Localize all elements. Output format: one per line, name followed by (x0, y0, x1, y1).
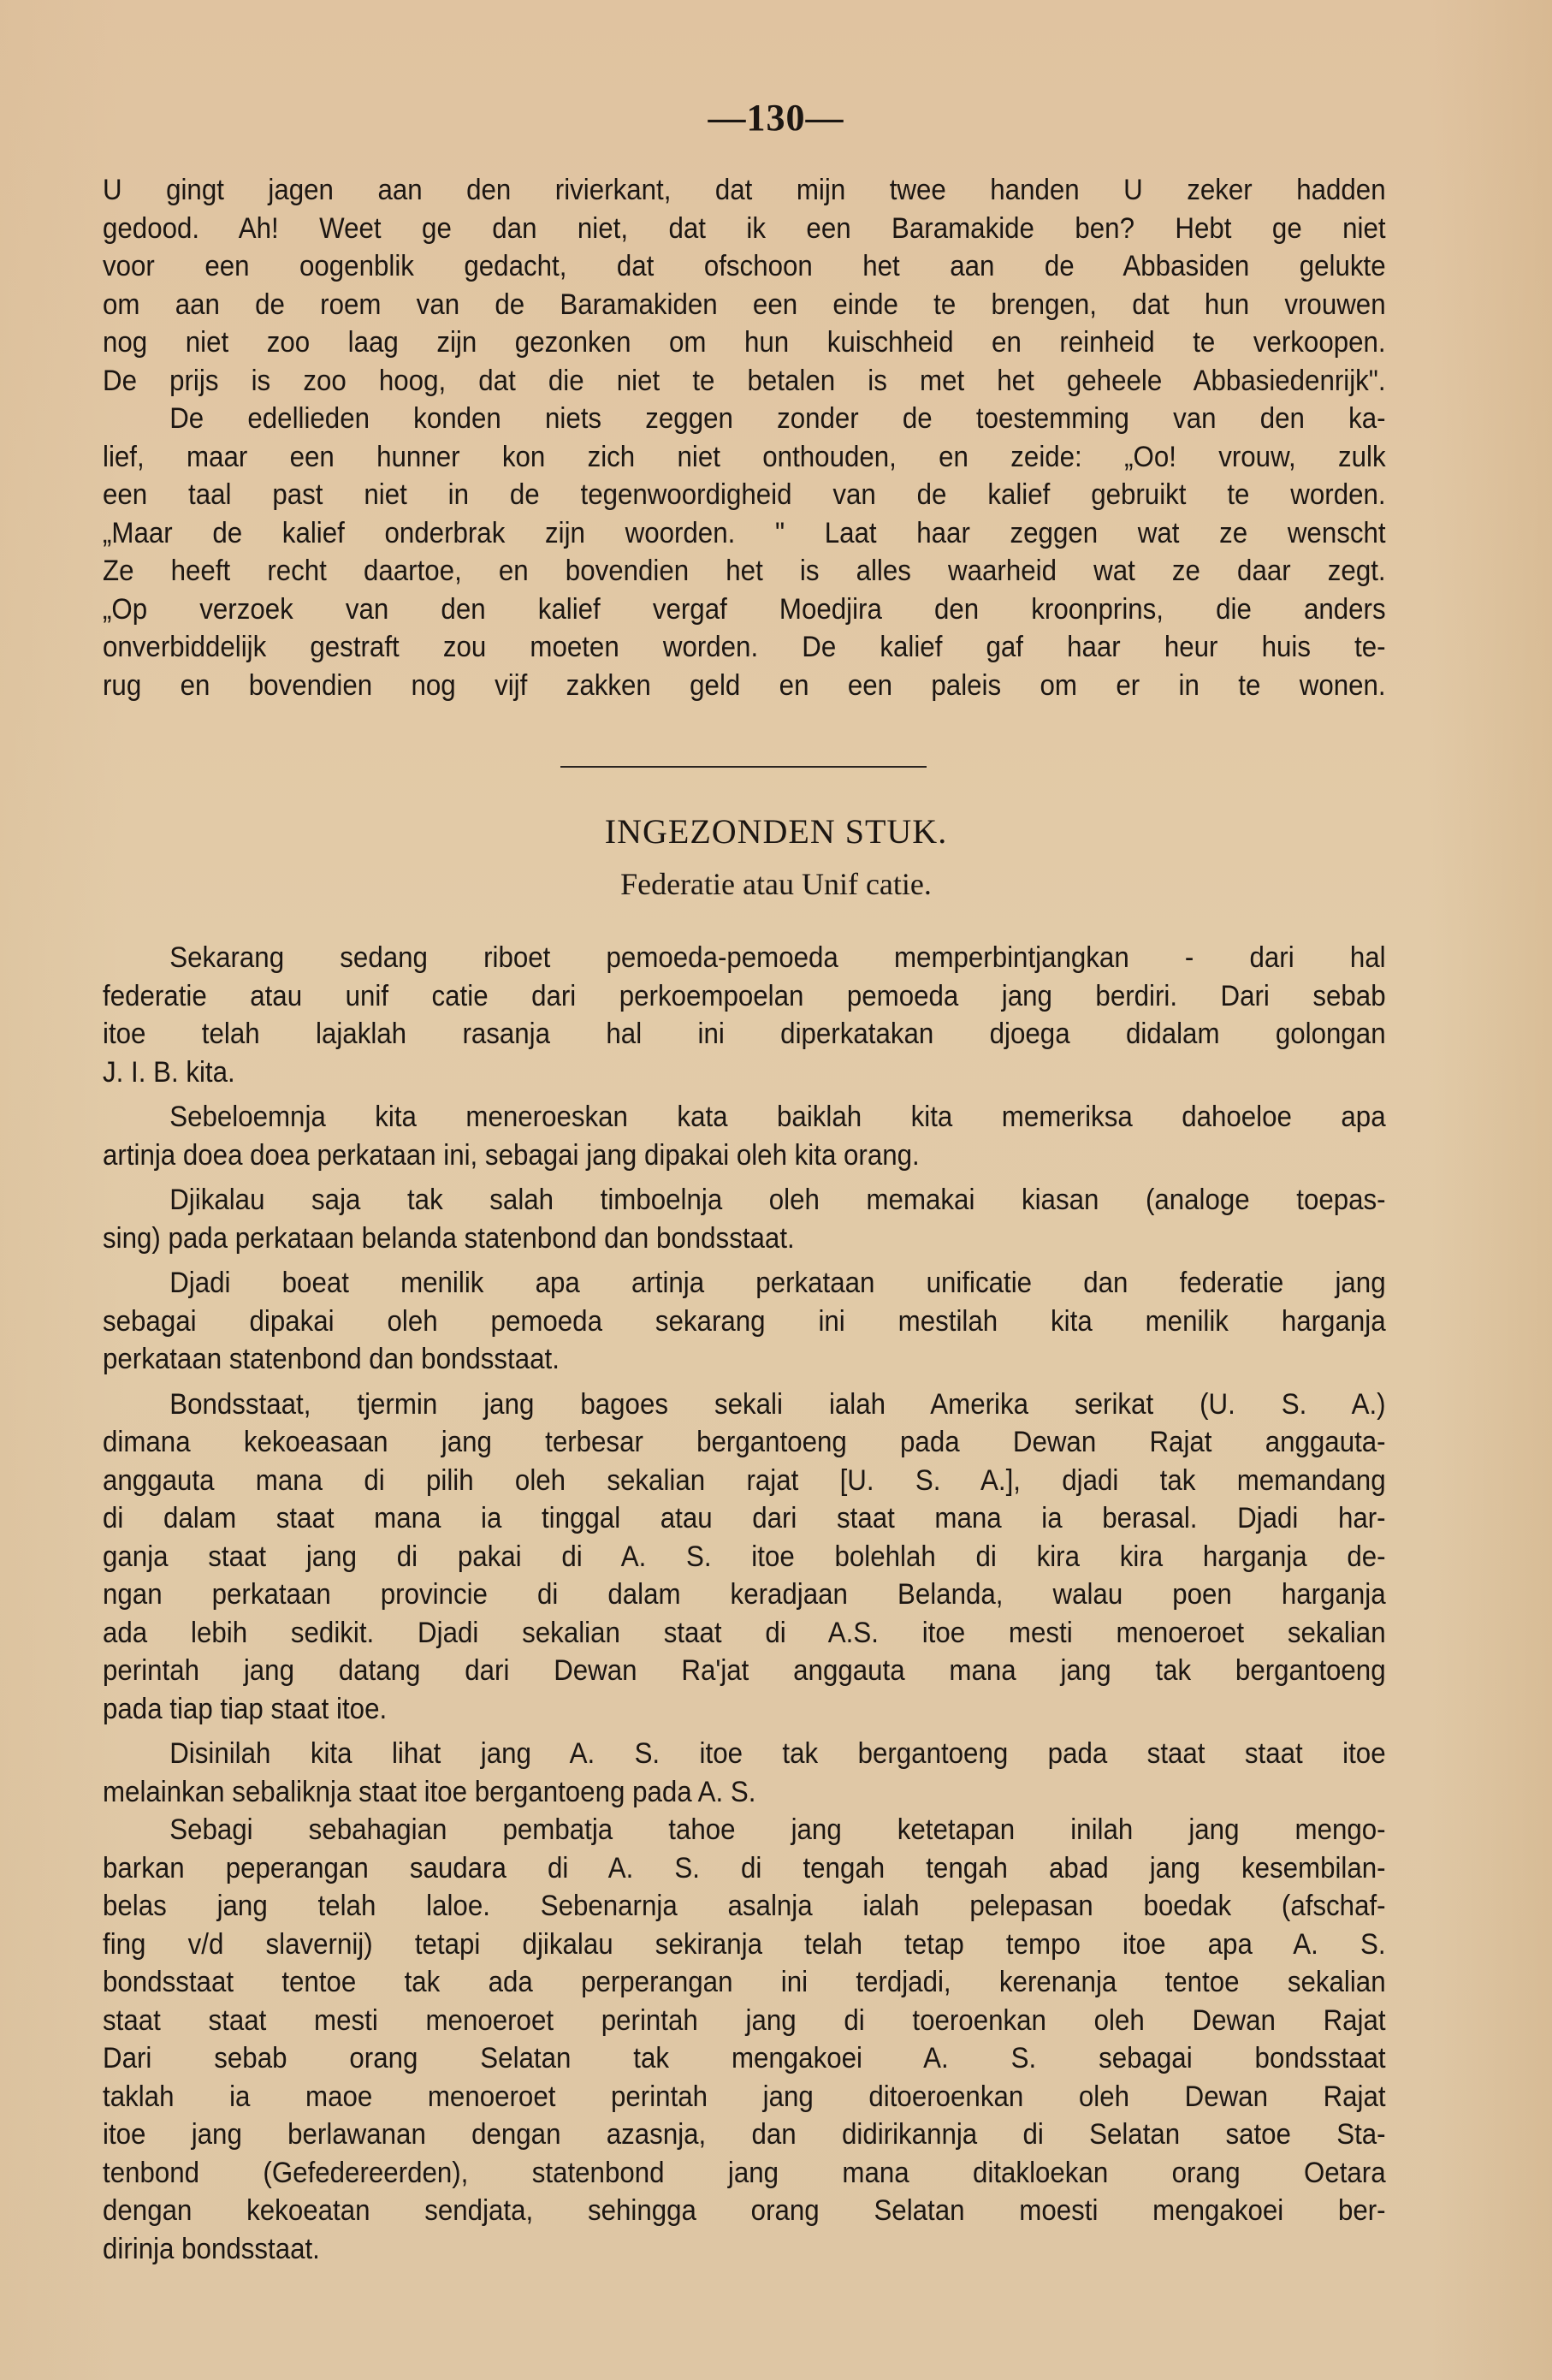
text-line: sing) pada perkataan belanda statenbond … (103, 1220, 1386, 1258)
text-line: nog niet zoo laag zijn gezonken om hun k… (103, 323, 1386, 362)
text-line: onverbiddelijk gestraft zou moeten worde… (103, 628, 1386, 667)
text-line: J. I. B. kita. (103, 1053, 1386, 1092)
text-line: taklah ia maoe menoeroet perintah jang d… (103, 2078, 1386, 2116)
story-continuation: U gingt jagen aan den rivierkant, dat mi… (103, 171, 1386, 704)
text-line: De prijs is zoo hoog, dat die niet te be… (103, 362, 1386, 401)
text-line: tenbond (Gefedereerden), statenbond jang… (103, 2154, 1386, 2193)
section-divider (560, 766, 927, 768)
text-line: pada tiap tiap staat itoe. (103, 1690, 1386, 1729)
text-line: „Maar de kalief onderbrak zijn woorden. … (103, 514, 1386, 553)
text-line: itoe telah lajaklah rasanja hal ini dipe… (103, 1015, 1386, 1053)
text-line: Dari sebab orang Selatan tak mengakoei A… (103, 2039, 1386, 2078)
text-line: ngan perkataan provincie di dalam keradj… (103, 1576, 1386, 1614)
text-line: barkan peperangan saudara di A. S. di te… (103, 1849, 1386, 1888)
text-line: om aan de roem van de Baramakiden een ei… (103, 286, 1386, 324)
text-line: U gingt jagen aan den rivierkant, dat mi… (103, 171, 1386, 210)
text-line: Sebeloemnja kita meneroeskan kata baikla… (103, 1098, 1386, 1137)
text-line: artinja doea doea perkataan ini, sebagai… (103, 1137, 1386, 1175)
text-line: een taal past niet in de tegenwoordighei… (103, 476, 1386, 514)
text-line: di dalam staat mana ia tinggal atau dari… (103, 1499, 1386, 1538)
text-line: Disinilah kita lihat jang A. S. itoe tak… (103, 1735, 1386, 1773)
text-line: staat staat mesti menoeroet perintah jan… (103, 2002, 1386, 2040)
text-line: federatie atau unif catie dari perkoempo… (103, 977, 1386, 1016)
text-line: perintah jang datang dari Dewan Ra'jat a… (103, 1652, 1386, 1690)
text-line: dengan kekoeatan sendjata, sehingga oran… (103, 2192, 1386, 2230)
article-body: Sekarang sedang riboet pemoeda-pemoeda m… (103, 939, 1386, 2268)
text-line: Sekarang sedang riboet pemoeda-pemoeda m… (103, 939, 1386, 977)
text-line: Ze heeft recht daartoe, en bovendien het… (103, 552, 1386, 591)
text-line: perkataan statenbond dan bondsstaat. (103, 1340, 1386, 1379)
text-line: sebagai dipakai oleh pemoeda sekarang in… (103, 1303, 1386, 1341)
text-line: voor een oogenblik gedacht, dat ofschoon… (103, 247, 1386, 286)
text-line: ada lebih sedikit. Djadi sekalian staat … (103, 1614, 1386, 1653)
text-line: De edellieden konden niets zeggen zonder… (103, 400, 1386, 438)
text-line: anggauta mana di pilih oleh sekalian raj… (103, 1462, 1386, 1500)
text-line: Djadi boeat menilik apa artinja perkataa… (103, 1264, 1386, 1303)
text-line: bondsstaat tentoe tak ada perperangan in… (103, 1963, 1386, 2002)
article-heading: INGEZONDEN STUK. (0, 811, 1552, 852)
text-line: Bondsstaat, tjermin jang bagoes sekali i… (103, 1386, 1386, 1424)
text-line: dimana kekoeasaan jang terbesar berganto… (103, 1423, 1386, 1462)
document-page: —130— U gingt jagen aan den rivierkant, … (0, 0, 1552, 2380)
text-line: fing v/d slavernij) tetapi djikalau seki… (103, 1926, 1386, 1964)
text-line: gedood. Ah! Weet ge dan niet, dat ik een… (103, 210, 1386, 248)
text-line: melainkan sebaliknja staat itoe berganto… (103, 1773, 1386, 1812)
text-line: belas jang telah laloe. Sebenarnja asaln… (103, 1887, 1386, 1926)
text-line: ganja staat jang di pakai di A. S. itoe … (103, 1538, 1386, 1576)
text-line: rug en bovendien nog vijf zakken geld en… (103, 667, 1386, 705)
page-number: —130— (0, 96, 1552, 139)
text-line: itoe jang berlawanan dengan azasnja, dan… (103, 2116, 1386, 2154)
text-line: „Op verzoek van den kalief vergaf Moedji… (103, 591, 1386, 629)
article-subheading: Federatie atau Unif catie. (0, 866, 1552, 902)
text-line: lief, maar een hunner kon zich niet onth… (103, 438, 1386, 477)
text-line: Sebagi sebahagian pembatja tahoe jang ke… (103, 1811, 1386, 1849)
text-line: Djikalau saja tak salah timboelnja oleh … (103, 1181, 1386, 1220)
text-line: dirinja bondsstaat. (103, 2230, 1386, 2269)
